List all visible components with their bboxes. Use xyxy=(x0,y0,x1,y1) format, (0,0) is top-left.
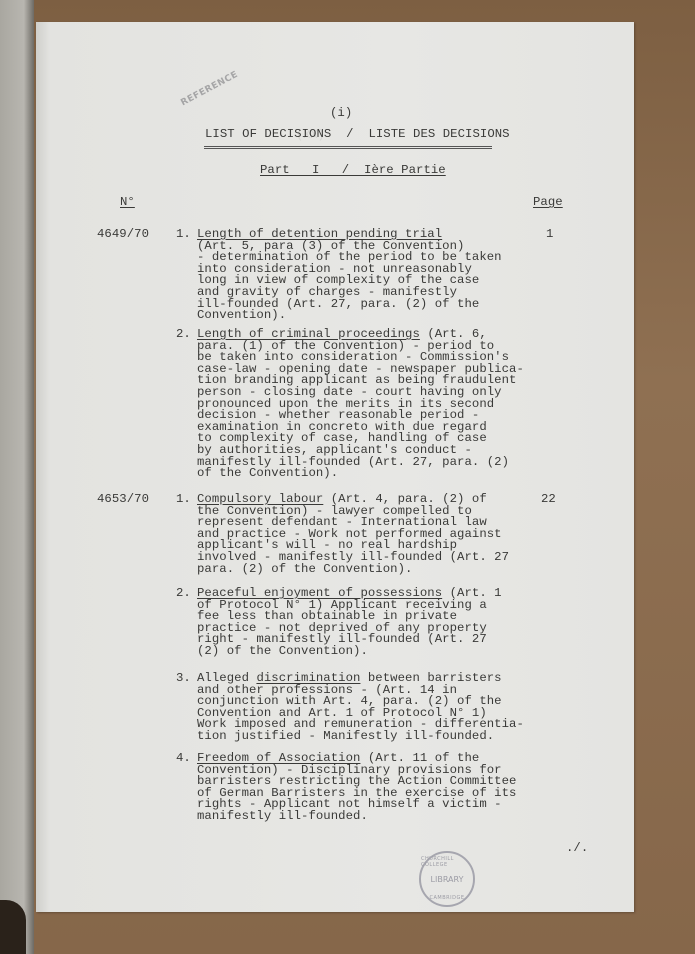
book-shadow xyxy=(0,900,26,954)
library-stamp-ring-top: CHURCHILL COLLEGE xyxy=(421,856,473,868)
summary-line: para. (2) of the Convention). xyxy=(197,564,509,576)
document-page: REFERENCE (XX) (i) LIST OF DECISIONS / L… xyxy=(36,22,634,912)
application-number: 4653/70 xyxy=(97,494,149,506)
part-heading: Part I / Ière Partie xyxy=(260,165,446,177)
item-number: 4. xyxy=(176,753,191,765)
item-number: 1. xyxy=(176,494,191,506)
decision-summary: Freedom of Association (Art. 11 of theCo… xyxy=(197,753,516,823)
summary-line: manifestly ill-founded. xyxy=(197,811,516,823)
library-stamp-ring-bottom: CAMBRIDGE xyxy=(430,895,465,901)
application-number: 4649/70 xyxy=(97,229,149,241)
decision-summary: Length of detention pending trial(Art. 5… xyxy=(197,229,502,322)
decision-summary: Length of criminal proceedings (Art. 6,p… xyxy=(197,329,524,480)
library-stamp-label: LIBRARY xyxy=(431,875,464,884)
page-number: (i) xyxy=(330,108,352,120)
adjacent-book-edge xyxy=(0,0,34,954)
item-number: 2. xyxy=(176,588,191,600)
decision-summary: Alleged discrimination between barrister… xyxy=(197,673,524,743)
library-stamp: CHURCHILL COLLEGE LIBRARY CAMBRIDGE xyxy=(419,851,475,907)
summary-line: tion justified - Manifestly ill-founded. xyxy=(197,731,524,743)
item-number: 2. xyxy=(176,329,191,341)
decision-summary: Peaceful enjoyment of possessions (Art. … xyxy=(197,588,502,658)
item-number: 3. xyxy=(176,673,191,685)
reference-stamp: REFERENCE xyxy=(179,70,240,109)
document-title: LIST OF DECISIONS / LISTE DES DECISIONS xyxy=(205,129,510,141)
page-reference: 1 xyxy=(546,229,553,241)
summary-line: Convention). xyxy=(197,310,502,322)
column-header-number: N° xyxy=(120,197,135,209)
summary-line: of the Convention). xyxy=(197,468,524,480)
summary-line: (2) of the Convention). xyxy=(197,646,502,658)
item-number: 1. xyxy=(176,229,191,241)
decision-summary: Compulsory labour (Art. 4, para. (2) oft… xyxy=(197,494,509,575)
title-underline-double xyxy=(204,148,492,149)
title-underline xyxy=(204,146,492,147)
column-header-page: Page xyxy=(533,197,563,209)
page-reference: 22 xyxy=(541,494,556,506)
continuation-mark: ./. xyxy=(566,843,588,855)
